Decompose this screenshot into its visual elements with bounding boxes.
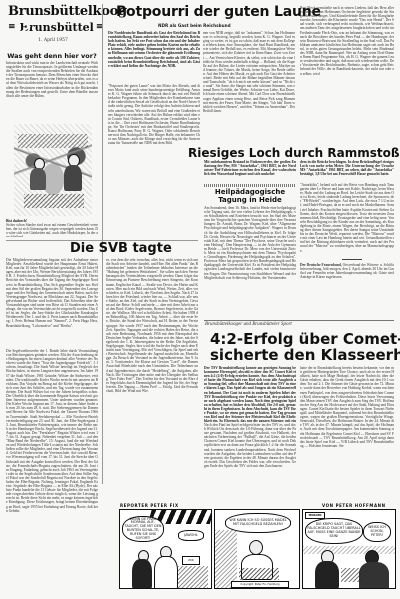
article-loch-lead: Mit unbekanntem Bestand in Finkenwerder,… [204, 160, 296, 182]
article-sport-col3: hatte der in Brunsbüttelkoog bereits bes… [300, 366, 394, 490]
headline-was-geht: Was geht denn hier vor? [6, 52, 98, 60]
article-potpourri-body: "Potpourri der guten Laune" war das Mott… [108, 84, 200, 144]
headline-heilpaed: Heilpädagogische Tagung in Heide [204, 189, 296, 204]
character-body [315, 561, 339, 589]
shop-sign: ZUR [182, 556, 200, 565]
article-potpourri-col2: nen von NDR zeigte, daß sie "ankommt". S… [203, 31, 295, 144]
character-body [132, 559, 152, 589]
subhead-potpourri: NDR als Gast beim Reichsbund [158, 23, 231, 28]
speech-bubble: DIE KRIPO SAGT, DAS FALSCHGELD TAUCHT ÜB… [305, 518, 363, 544]
tray [239, 568, 279, 580]
article-was-geht-body: Infrastruktur und wirkt nun in der Landw… [6, 61, 98, 98]
character-body [359, 562, 389, 589]
comic-author: VON PETER HOFFMANN [322, 503, 386, 508]
article-sport-lead: Der TSV Brunsbüttelkoog konnte am gestri… [204, 366, 296, 422]
headline-sport-line2: sicherte den Klasseerhalt [210, 347, 394, 363]
newspaper-page: Brunsbüttelkoog ≡ Brunsbüttel ≡ 1. April… [0, 0, 400, 599]
comic-panel-1: WENN DE FRAU MORMAL AUF-TAUCHT, DIE MIT … [119, 509, 212, 589]
headline-potpourri: Potpourri der guten Laune [116, 4, 321, 20]
newspaper-prop [341, 568, 361, 582]
comic-title: REPORTER PETER FIX [120, 503, 179, 508]
article-svb-col1b: Die Segelwettbewerbe der 1. Runde Jahre … [6, 349, 98, 589]
headline-heilpaed-wrap: Heilpädagogische Tagung in Heide [204, 189, 296, 204]
masthead-line2: Brunsbüttel [20, 21, 94, 34]
divider-sport [204, 320, 394, 321]
comic-panel-2: WIE KANN ICH SO SÜSSES MÄDEL MIT FALSCHG… [214, 509, 300, 589]
cartoon-caption: Sicher schon Sünder sind zwar auf einem … [6, 223, 98, 237]
divider-wavy [204, 184, 296, 187]
dateline: 1. April 1957 [8, 38, 98, 43]
character-body [154, 556, 178, 589]
notice-frauenbund: Der Deutsche Frauenbund, Ortsverband der… [300, 263, 394, 299]
cartoon-illustration [14, 124, 92, 216]
headline-loch: Riesiges Loch durch Rammstoß [188, 146, 400, 160]
masthead-line1: Brunsbüttelkoog [8, 4, 98, 19]
divider-short [342, 259, 362, 260]
headline-sport: 4:2-Erfolg über Comet-Kiel sicherte den … [210, 331, 394, 363]
article-potpourri-col3: Rest Fleck vermittelte nach in seinen Li… [300, 6, 394, 144]
article-loch-col2: dem in die Brücke beschlagen. In dem Brü… [300, 160, 394, 182]
article-heilpaed-body: Am Sonnabend, dem 16. März, fand in Heid… [204, 206, 296, 306]
article-loch-col2b: "Antarktika", befand sich auf der Reise … [300, 183, 394, 253]
speech-bubble: WEISS ICH SCHON, PETER! [363, 522, 391, 542]
speech-bubble: WENN DE FRAU MORMAL AUF-TAUCHT, DIE MIT … [122, 516, 164, 542]
article-potpourri-lead: Die Norddeutsche Rundfunk als Gast der R… [108, 31, 200, 83]
window-shading [215, 530, 237, 588]
character-head [249, 540, 263, 555]
speech-bubble: JAWOHL [178, 530, 204, 541]
shop-shading [178, 566, 208, 588]
article-svb-col2: es, von dem die sehr vornehm, alles fest… [106, 258, 198, 468]
masthead-ornament-left: ≡ [8, 22, 16, 32]
masthead: Brunsbüttelkoog ≡ Brunsbüttel ≡ 1. April… [8, 4, 98, 43]
sport-kicker: Brunsbüttelkooger und Brunsbütteler Spor… [205, 322, 292, 327]
comic-panel-3: MORGEN DIE KRIPO SAGT, DAS FALSCHGELD TA… [302, 509, 396, 589]
headline-sport-line1: 4:2-Erfolg über Comet-Kiel [210, 331, 394, 347]
headline-svb: Die SVB tagte [70, 241, 172, 256]
copyright-caption: Copyright: Peter Fix, Hamburg [231, 581, 289, 588]
article-svb-col1: Die Mitgliederversammlung begann mit der… [6, 258, 98, 348]
article-sport-col2: Nach den Fünf im Spiel erfolgreichster i… [204, 423, 296, 490]
background-shading [303, 546, 395, 554]
